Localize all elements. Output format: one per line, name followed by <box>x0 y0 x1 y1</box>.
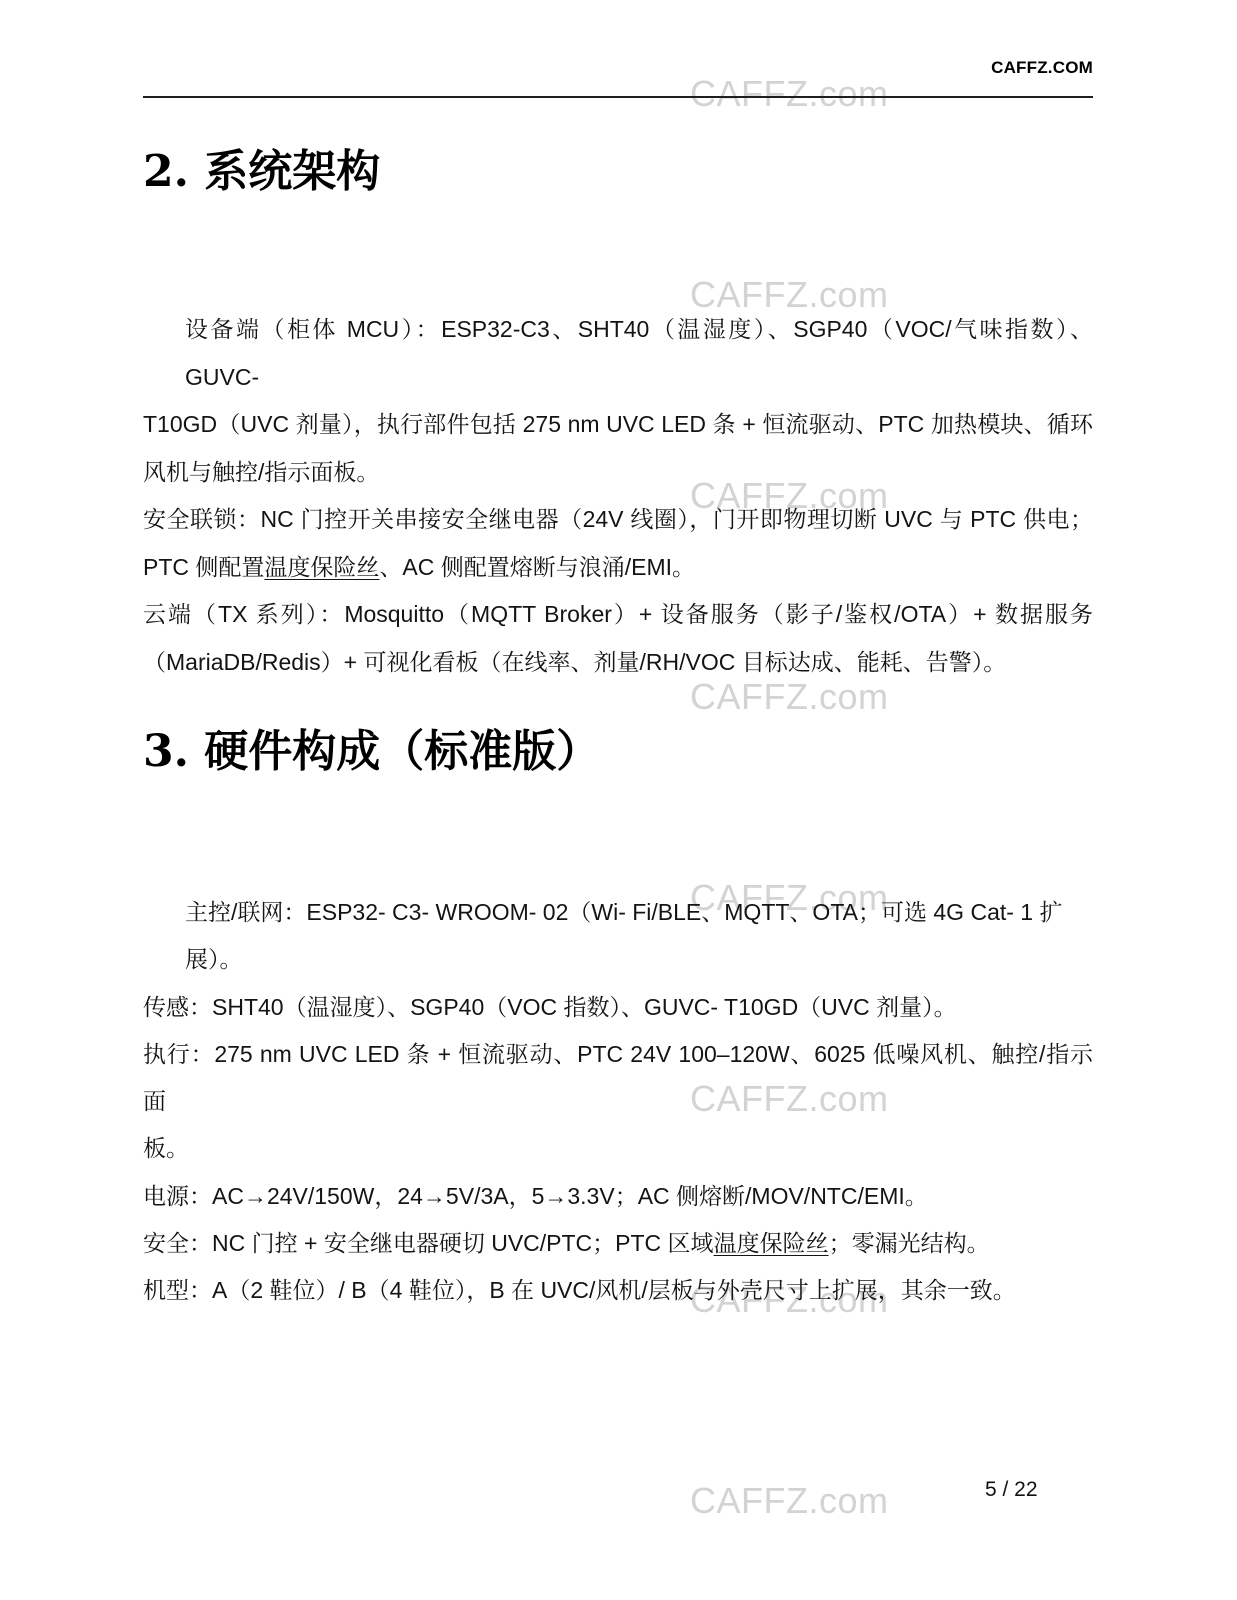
text-segment: 机型：A（2 鞋位）/ B（4 鞋位），B 在 UVC/风机/层板与外壳尺寸上扩… <box>143 1277 1016 1303</box>
text-line: 云端（TX 系列）：Mosquitto（MQTT Broker）+ 设备服务（影… <box>143 591 1093 639</box>
text-segment: 主控/联网：ESP32- C3- WROOM- 02（Wi- Fi/BLE、MQ… <box>185 899 1062 972</box>
text-line: 板。 <box>143 1125 1093 1172</box>
section-heading-hardware: 3. 硬件构成（标准版） <box>143 726 600 778</box>
text-line: 传感：SHT40（温湿度）、SGP40（VOC 指数）、GUVC- T10GD（… <box>143 984 1093 1031</box>
underlined-text-segment: 温度保险丝 <box>264 554 379 580</box>
header-divider <box>143 96 1093 98</box>
text-segment: PTC 侧配置 <box>143 554 264 580</box>
section-heading-system-architecture: 2. 系统架构 <box>143 146 380 198</box>
text-line: PTC 侧配置温度保险丝、AC 侧配置熔断与浪涌/EMI。 <box>143 544 1093 592</box>
section-body-hardware: 主控/联网：ESP32- C3- WROOM- 02（Wi- Fi/BLE、MQ… <box>143 889 1093 1315</box>
text-segment: T10GD（UVC 剂量），执行部件包括 275 nm UVC LED 条 + … <box>143 411 1093 437</box>
underlined-text-segment: 温度保险丝 <box>714 1230 829 1256</box>
text-segment: 电源：AC→24V/150W，24→5V/3A，5→3.3V；AC 侧熔断/MO… <box>143 1183 928 1209</box>
text-line: 设备端（柜体 MCU）：ESP32-C3、SHT40（温湿度）、SGP40（VO… <box>143 306 1093 401</box>
text-line: 电源：AC→24V/150W，24→5V/3A，5→3.3V；AC 侧熔断/MO… <box>143 1173 1093 1220</box>
text-line: 安全联锁：NC 门控开关串接安全继电器（24V 线圈），门开即物理切断 UVC … <box>143 496 1093 544</box>
header-site-label: CAFFZ.COM <box>991 58 1093 78</box>
text-segment: ；零漏光结构。 <box>829 1230 990 1256</box>
text-segment: 安全：NC 门控 + 安全继电器硬切 UVC/PTC；PTC 区域 <box>143 1230 714 1256</box>
section-body-system-architecture: 设备端（柜体 MCU）：ESP32-C3、SHT40（温湿度）、SGP40（VO… <box>143 306 1093 686</box>
text-segment: 风机与触控/指示面板。 <box>143 459 379 485</box>
page-number: 5 / 22 <box>985 1478 1038 1502</box>
text-line: 机型：A（2 鞋位）/ B（4 鞋位），B 在 UVC/风机/层板与外壳尺寸上扩… <box>143 1267 1093 1314</box>
text-segment: 执行：275 nm UVC LED 条 + 恒流驱动、PTC 24V 100–1… <box>143 1041 1093 1114</box>
text-line: 风机与触控/指示面板。 <box>143 449 1093 497</box>
text-segment: 安全联锁：NC 门控开关串接安全继电器（24V 线圈），门开即物理切断 UVC … <box>143 506 1093 532</box>
text-line: 安全：NC 门控 + 安全继电器硬切 UVC/PTC；PTC 区域温度保险丝；零… <box>143 1220 1093 1267</box>
text-segment: 设备端（柜体 MCU）：ESP32-C3、SHT40（温湿度）、SGP40（VO… <box>185 316 1093 390</box>
page-content: CAFFZ.COM 2. 系统架构 设备端（柜体 MCU）：ESP32-C3、S… <box>0 0 1237 1600</box>
text-line: （MariaDB/Redis）+ 可视化看板（在线率、剂量/RH/VOC 目标达… <box>143 639 1093 687</box>
text-segment: 、AC 侧配置熔断与浪涌/EMI。 <box>379 554 695 580</box>
document-page: CAFFZ.comCAFFZ.comCAFFZ.comCAFFZ.comCAFF… <box>0 0 1237 1600</box>
text-line: 主控/联网：ESP32- C3- WROOM- 02（Wi- Fi/BLE、MQ… <box>143 889 1093 984</box>
text-segment: 传感：SHT40（温湿度）、SGP40（VOC 指数）、GUVC- T10GD（… <box>143 994 957 1020</box>
text-segment: （MariaDB/Redis）+ 可视化看板（在线率、剂量/RH/VOC 目标达… <box>143 649 1006 675</box>
text-line: 执行：275 nm UVC LED 条 + 恒流驱动、PTC 24V 100–1… <box>143 1031 1093 1126</box>
text-line: T10GD（UVC 剂量），执行部件包括 275 nm UVC LED 条 + … <box>143 401 1093 449</box>
text-segment: 板。 <box>143 1135 189 1161</box>
text-segment: 云端（TX 系列）：Mosquitto（MQTT Broker）+ 设备服务（影… <box>143 601 1093 627</box>
